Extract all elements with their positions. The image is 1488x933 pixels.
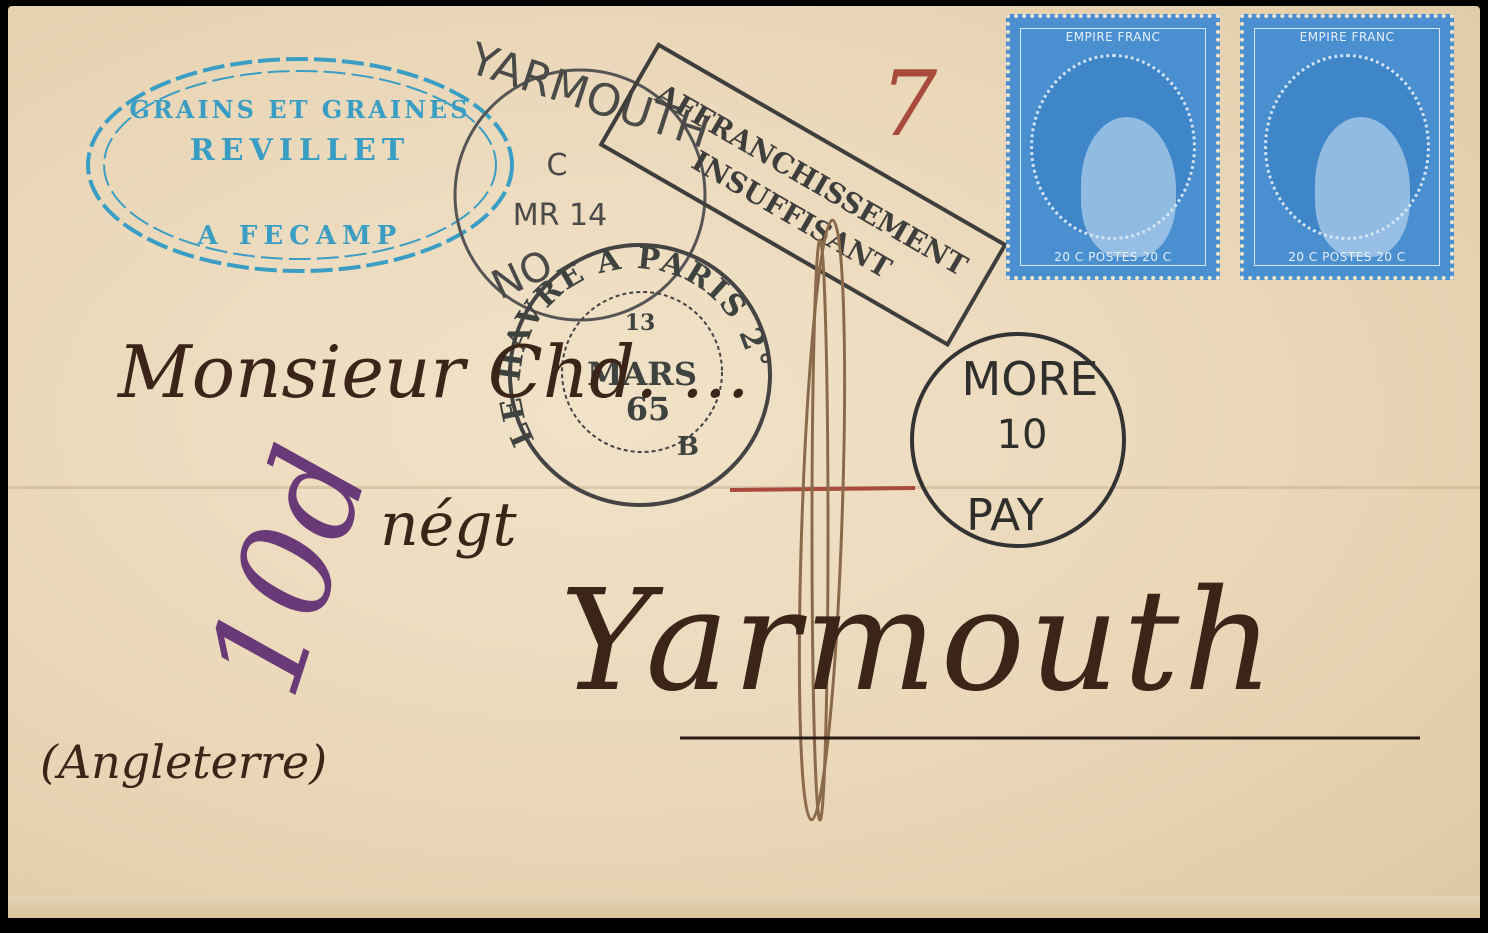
cachet-line-1: GRAINS ET GRAINES xyxy=(129,95,470,124)
napoleon-profile-icon xyxy=(1315,117,1410,257)
svg-text:10: 10 xyxy=(997,412,1048,458)
svg-text:MORE: MORE xyxy=(962,352,1099,406)
affranchissement-insuffisant-box: AFFRANCHISSEMENT INSUFFISANT xyxy=(601,45,1005,345)
stamp-1: EMPIRE FRANC 20 C POSTES 20 C xyxy=(1006,14,1220,280)
red-strike-line xyxy=(730,488,915,490)
manuscript-loops xyxy=(792,219,853,820)
more-to-pay-postmark: MORE 10 PAY xyxy=(912,334,1124,546)
address-line-2: négt xyxy=(380,490,517,560)
purple-docket: 10d xyxy=(177,430,398,713)
svg-text:PAY: PAY xyxy=(966,490,1043,541)
cachet-line-3: A FECAMP xyxy=(197,221,403,251)
address-line-1: Monsieur Chd. ... xyxy=(118,330,750,414)
stamp-2: EMPIRE FRANC 20 C POSTES 20 C xyxy=(1240,14,1454,280)
address-country: (Angleterre) xyxy=(40,735,327,789)
svg-text:MR 14: MR 14 xyxy=(513,198,607,233)
tax-mark: 7 xyxy=(880,52,938,157)
svg-text:C: C xyxy=(547,148,568,183)
address-city: Yarmouth xyxy=(560,560,1278,723)
napoleon-profile-icon xyxy=(1081,117,1176,257)
cachet-line-2: REVILLET xyxy=(190,133,411,168)
svg-text:B: B xyxy=(677,432,699,462)
